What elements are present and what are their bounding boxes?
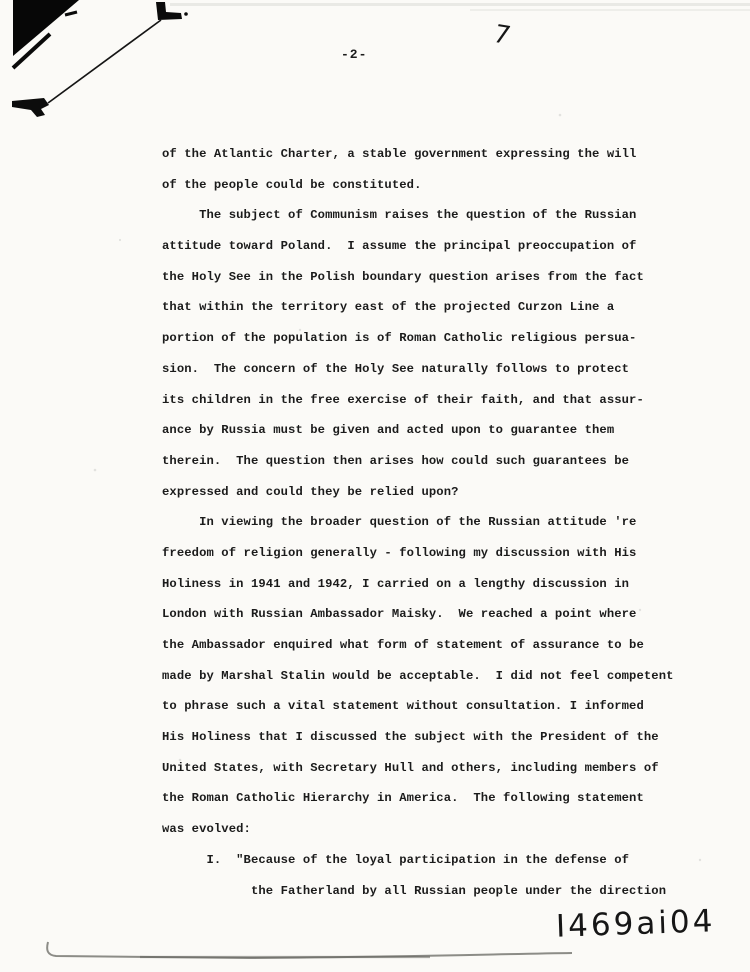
typewritten-line: portion of the population is of Roman Ca… [162, 323, 702, 354]
typewritten-line: freedom of religion generally - followin… [162, 538, 702, 569]
ink-blot-top-icon [156, 2, 182, 20]
typewritten-line: its children in the free exercise of the… [162, 385, 702, 416]
typewritten-line: His Holiness that I discussed the subjec… [162, 722, 702, 753]
typewritten-line: London with Russian Ambassador Maisky. W… [162, 599, 702, 630]
typewritten-line: the Fatherland by all Russian people und… [162, 876, 702, 907]
handwritten-archive-code: I469ai04 [555, 903, 716, 945]
typewritten-line: the Ambassador enquired what form of sta… [162, 630, 702, 661]
typewritten-line: of the people could be constituted. [162, 170, 702, 201]
typewritten-line: the Roman Catholic Hierarchy in America.… [162, 783, 702, 814]
typewritten-line: to phrase such a vital statement without… [162, 691, 702, 722]
page-number: -2- [341, 47, 367, 62]
scan-streaks-icon [170, 3, 750, 11]
crease-tick-icon [65, 12, 77, 15]
typewritten-line: ance by Russia must be given and acted u… [162, 415, 702, 446]
typewritten-line: the Holy See in the Polish boundary ques… [162, 262, 702, 293]
typewritten-line: Holiness in 1941 and 1942, I carried on … [162, 569, 702, 600]
typewritten-line: I. "Because of the loyal participation i… [162, 845, 702, 876]
typewritten-line: United States, with Secretary Hull and o… [162, 753, 702, 784]
typewritten-line: In viewing the broader question of the R… [162, 507, 702, 538]
corner-fold-triangle-icon [13, 0, 79, 56]
typewritten-text-block: of the Atlantic Charter, a stable govern… [162, 139, 702, 906]
typewritten-line: of the Atlantic Charter, a stable govern… [162, 139, 702, 170]
typewritten-line: therein. The question then arises how co… [162, 446, 702, 477]
ink-blot-left-icon [12, 98, 49, 117]
diagonal-crease-line-icon [48, 20, 161, 103]
typewritten-line: expressed and could they be relied upon? [162, 477, 702, 508]
typewritten-line: attitude toward Poland. I assume the pri… [162, 231, 702, 262]
crease-stripe-icon [13, 34, 50, 68]
ink-dot-icon [184, 12, 188, 16]
typewritten-line: made by Marshal Stalin would be acceptab… [162, 661, 702, 692]
typewritten-line: sion. The concern of the Holy See natura… [162, 354, 702, 385]
typewritten-line: was evolved: [162, 814, 702, 845]
scanned-document-page: -2- 7 of the Atlantic Charter, a stable … [0, 0, 750, 972]
pencil-baseline-icon [47, 942, 572, 958]
typewritten-line: that within the territory east of the pr… [162, 292, 702, 323]
handwritten-top-mark: 7 [490, 19, 513, 50]
typewritten-line: The subject of Communism raises the ques… [162, 200, 702, 231]
